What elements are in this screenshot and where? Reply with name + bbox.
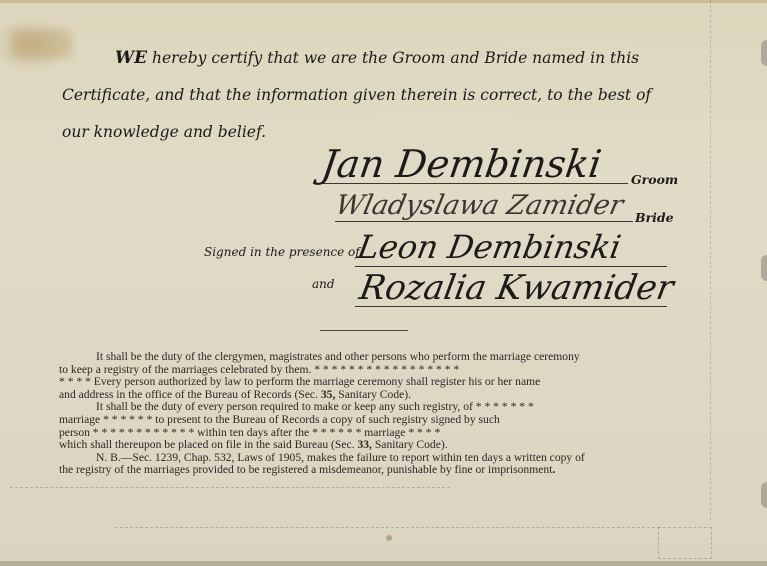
legal-para1-line4b: Sanitary Code). xyxy=(335,388,411,401)
certification-line-1: hereby certify that we are the Groom and… xyxy=(152,49,639,67)
witness1-signature: Leon Dembinski xyxy=(355,228,624,266)
legal-para1-line1: It shall be the duty of the clergymen, m… xyxy=(96,350,580,363)
bleed-through-text-secondary xyxy=(752,160,764,420)
legal-para2-line4b: Sanitary Code). xyxy=(372,438,448,451)
legal-para2-line4a: which shall thereupon be placed on file … xyxy=(59,438,357,451)
and-label: and xyxy=(312,277,335,291)
paper-top-edge xyxy=(0,0,767,3)
witness-prompt: Signed in the presence of xyxy=(204,245,360,259)
bride-signature-line xyxy=(335,221,633,222)
bleed-through-rule xyxy=(115,527,660,528)
paper-bottom-edge xyxy=(0,561,767,566)
punch-hole-icon xyxy=(761,482,767,508)
groom-label: Groom xyxy=(631,172,678,187)
legal-nb-line2: the registry of the marriages provided t… xyxy=(59,463,552,476)
certification-line-3: our knowledge and belief. xyxy=(62,123,266,141)
bride-signature: Wladyslawa Zamider xyxy=(333,190,626,221)
legal-notice: It shall be the duty of the clergymen, m… xyxy=(59,351,699,477)
legal-para1-section: 35, xyxy=(321,388,336,401)
paper-spot xyxy=(386,535,392,541)
bride-label: Bride xyxy=(635,210,674,225)
punch-hole-icon xyxy=(761,40,767,66)
certification-lead: WE xyxy=(115,48,147,68)
legal-nb-period: . xyxy=(552,463,555,476)
certificate-page: WE hereby certify that we are the Groom … xyxy=(0,0,767,566)
witness1-signature-line xyxy=(355,266,667,267)
witness2-signature: Rozalia Kwamider xyxy=(356,268,676,308)
legal-para1-line4a: and address in the office of the Bureau … xyxy=(59,388,321,401)
groom-signature: Jan Dembinski xyxy=(319,142,604,186)
bleed-through-text xyxy=(732,90,748,470)
bleed-through-box xyxy=(658,527,712,559)
certification-statement: WE hereby certify that we are the Groom … xyxy=(62,40,672,151)
bleed-through-rule xyxy=(10,487,450,488)
legal-para2-section: 33, xyxy=(357,438,372,451)
separator-rule xyxy=(320,330,408,331)
legal-para2-line2: marriage * * * * * * to present to the B… xyxy=(59,414,699,427)
bleed-through-rule xyxy=(710,0,711,520)
legal-para2-line1: It shall be the duty of every person req… xyxy=(96,400,534,413)
legal-nb-line1: N. B.—Sec. 1239, Chap. 532, Laws of 1905… xyxy=(96,451,585,464)
punch-hole-icon xyxy=(761,255,767,281)
certification-line-2: Certificate, and that the information gi… xyxy=(62,86,651,104)
